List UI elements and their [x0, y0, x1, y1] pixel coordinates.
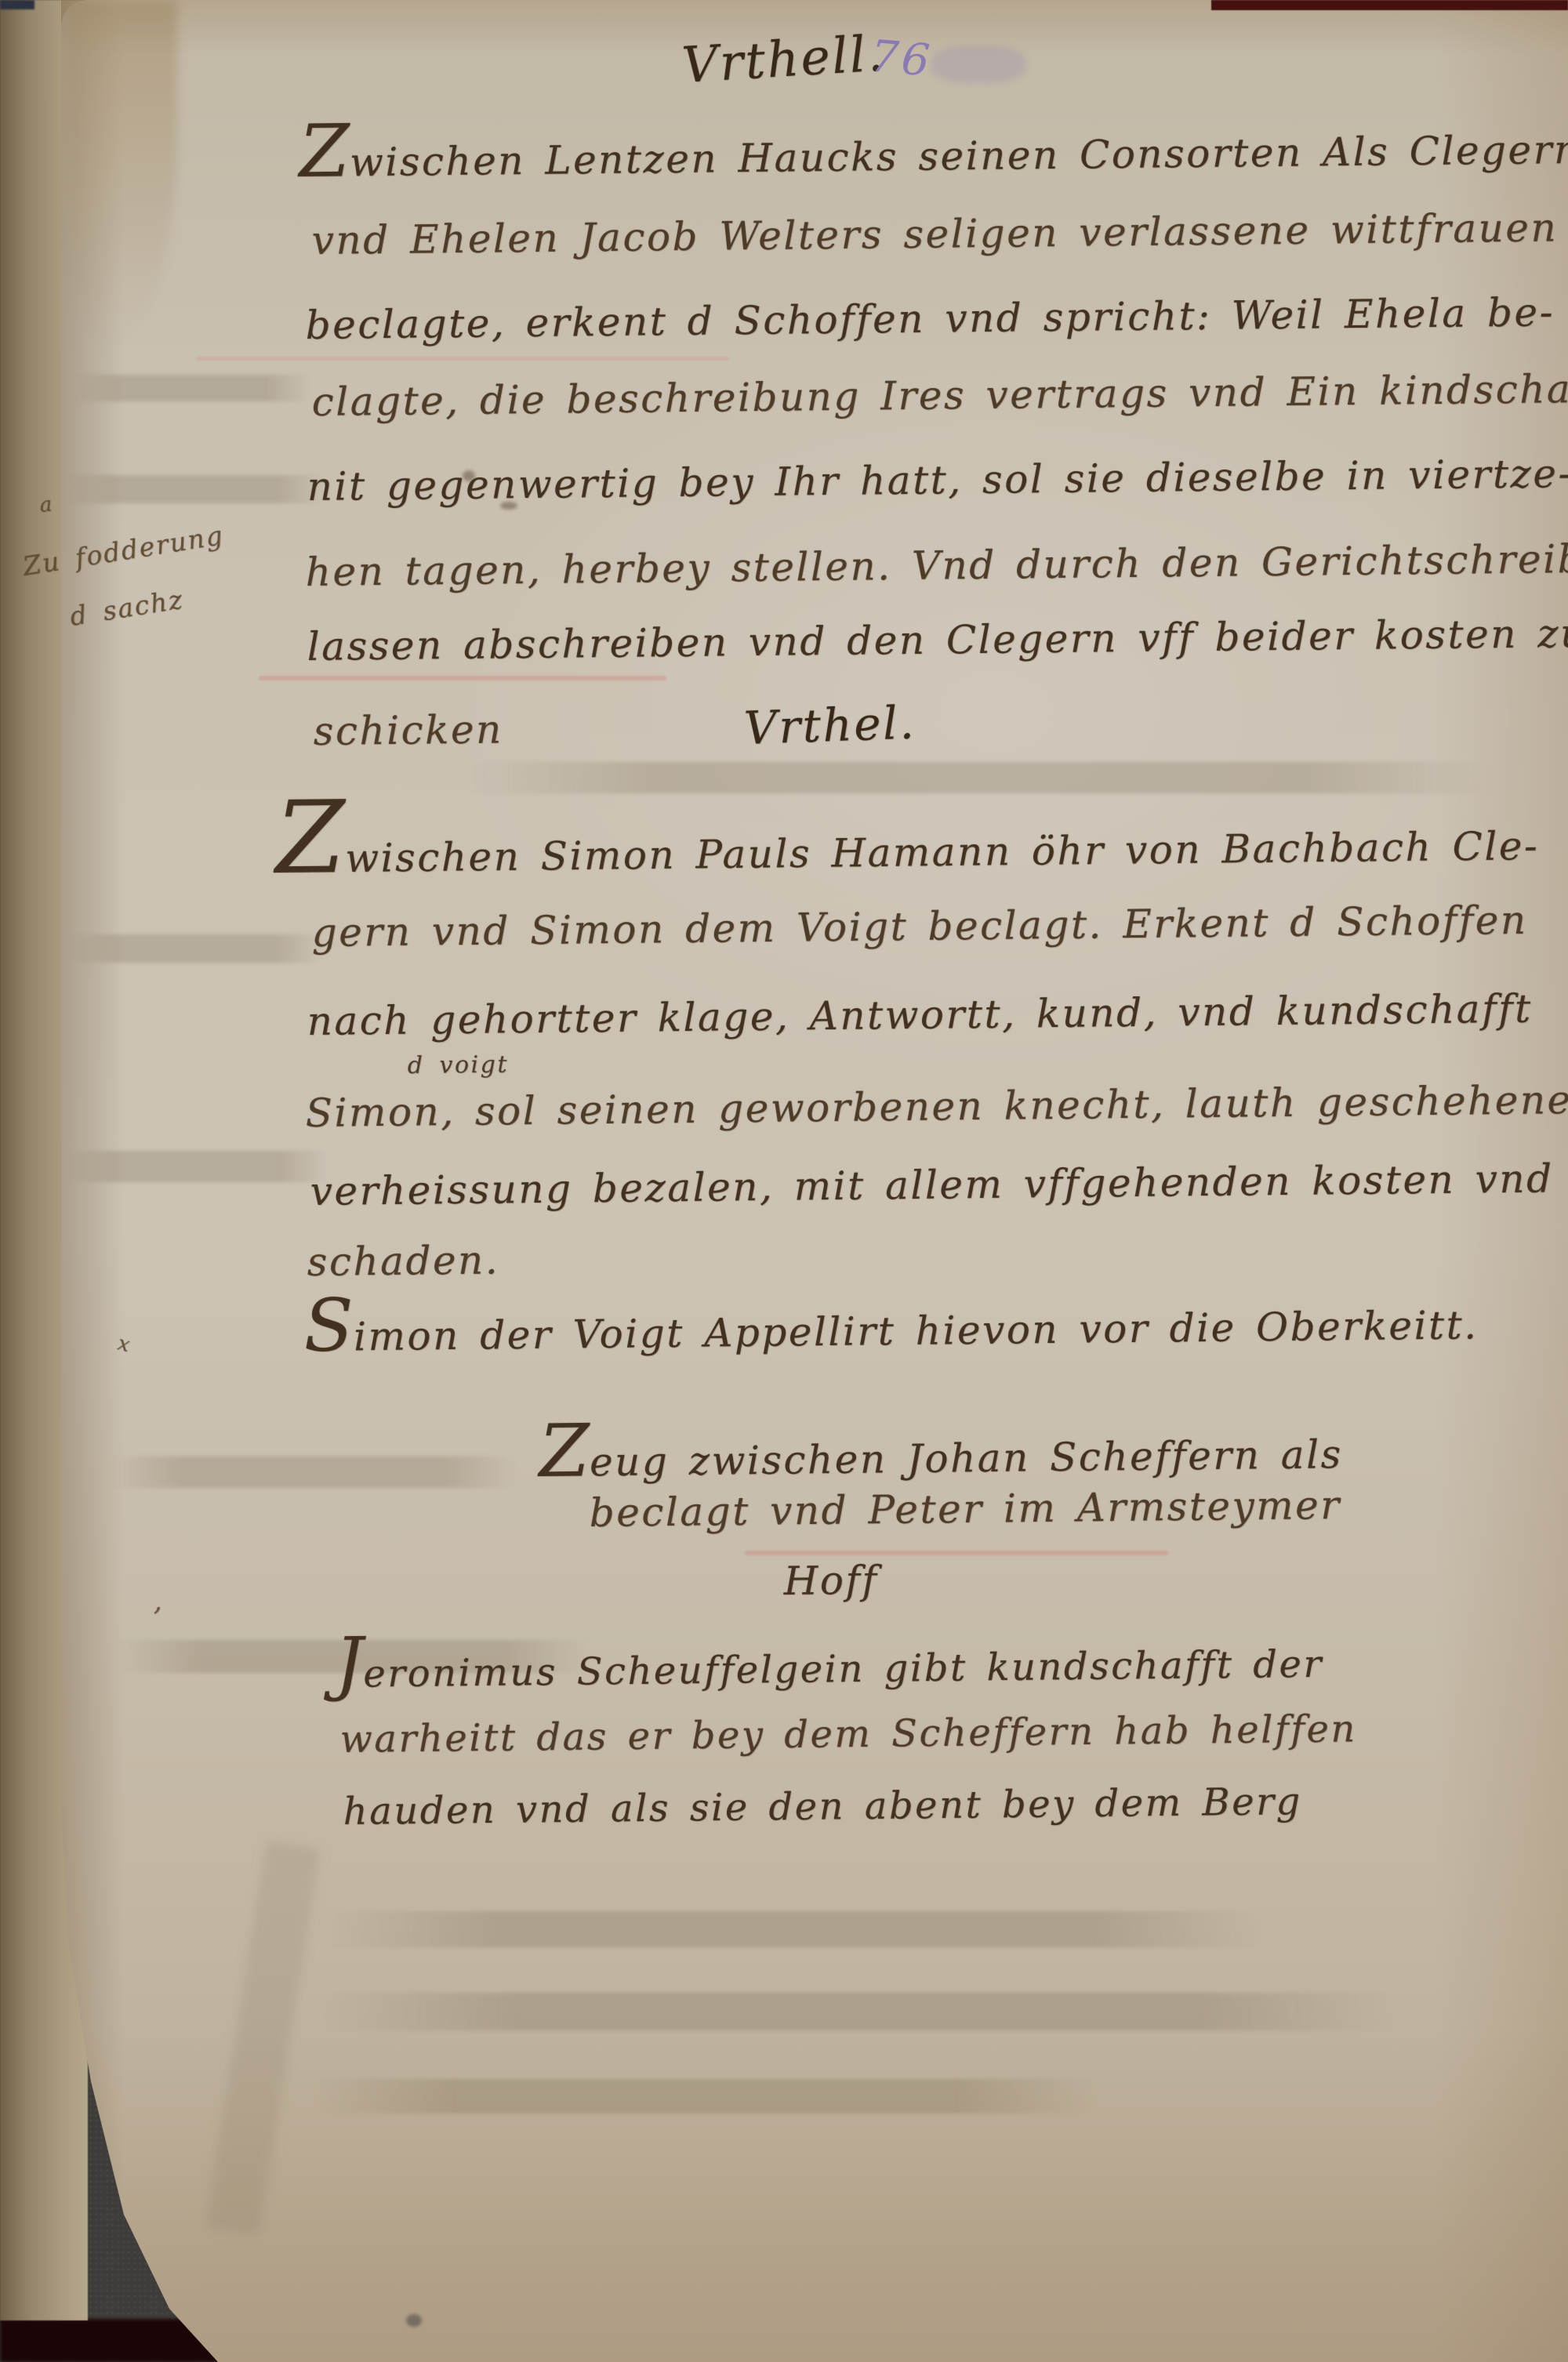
- witness-note-line: Hoff: [783, 1561, 878, 1601]
- red-ruling-trace: [196, 357, 729, 361]
- testimony-line: hauden vnd als sie den abent bey dem Ber…: [343, 1783, 1301, 1830]
- page-edge-tint-bottom: [61, 2025, 1568, 2362]
- entry1-heading: Vrthell.: [681, 28, 886, 90]
- manuscript-line: gern vnd Simon dem Voigt beclagt. Erkent…: [311, 901, 1527, 952]
- manuscript-line: schicken: [313, 709, 503, 751]
- manuscript-line: schaden.: [307, 1240, 499, 1282]
- bleedthrough-smudge: [71, 934, 321, 963]
- bleedthrough-smudge: [321, 1993, 1396, 2030]
- bleedthrough-smudge: [314, 2079, 1098, 2113]
- manuscript-line: nach gehortter klage, Antwortt, kund, vn…: [307, 989, 1532, 1041]
- page-number-bleedthrough: [931, 45, 1025, 83]
- page-edge-dark-top-left: [0, 0, 34, 9]
- stray-comma-mark: ,: [154, 1588, 165, 1615]
- page-edge-dark-top-right: [1211, 0, 1568, 10]
- bleedthrough-smudge: [110, 1457, 517, 1488]
- bleedthrough-smudge: [74, 375, 310, 401]
- page-number: 76: [869, 34, 935, 84]
- interlinear-insertion: d voigt: [408, 1054, 509, 1078]
- witness-note-line: Zeug zwischen Johan Scheffern als: [539, 1424, 1343, 1482]
- witness-note-line: beclagt vnd Peter im Armsteymer: [589, 1486, 1341, 1533]
- red-ruling-trace: [745, 1551, 1168, 1555]
- bleedthrough-smudge: [69, 1151, 328, 1182]
- testimony-line: Jeronimus Scheuffelgein gibt kundschafft…: [335, 1636, 1323, 1693]
- red-ruling-trace: [259, 676, 666, 680]
- bleedthrough-smudge: [470, 762, 1490, 793]
- manuscript-scan: Vrthell. 76 a Zu fodderung d sachz Zwisc…: [0, 0, 1568, 2362]
- testimony-line: warheitt das er bey dem Scheffern hab he…: [339, 1710, 1357, 1758]
- ink-speck: [406, 2314, 422, 2327]
- entry2-heading: Vrthel.: [743, 699, 916, 751]
- manuscript-line: Zwischen Simon Pauls Hamann öhr von Bach…: [275, 806, 1539, 879]
- bleedthrough-smudge: [67, 475, 325, 503]
- bleedthrough-smudge: [329, 1911, 1262, 1947]
- margin-note-mark: a: [38, 494, 55, 516]
